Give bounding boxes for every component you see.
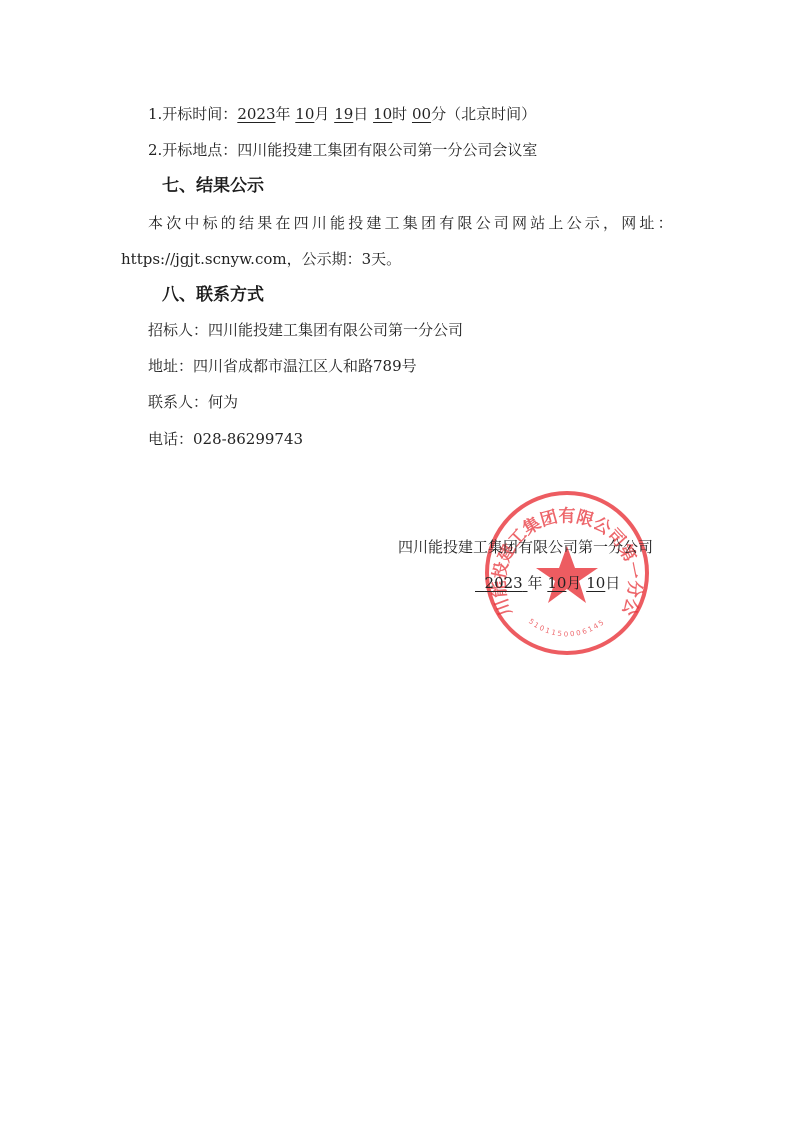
- svg-text:5101150006145: 5101150006145: [527, 617, 607, 638]
- open-month: 10: [295, 105, 314, 123]
- sign-month: 10: [547, 574, 566, 592]
- address-line: 地址：四川省成都市温江区人和路789号: [148, 356, 417, 376]
- open-day: 19: [334, 105, 353, 123]
- results-body-line2: https://jgjt.scnyw.com，公示期：3天。: [121, 249, 401, 269]
- stamp-code: 5101150006145: [527, 617, 607, 638]
- open-time-line: 1.开标时间：2023年 10月 19日 10时 00分（北京时间）: [148, 104, 536, 124]
- tenderer-line: 招标人：四川能投建工集团有限公司第一分公司: [148, 320, 463, 340]
- open-location-line: 2.开标地点：四川能投建工集团有限公司第一分公司会议室: [148, 140, 537, 160]
- timezone-note: （北京时间）: [446, 105, 536, 123]
- open-hour: 10: [373, 105, 392, 123]
- sign-year: 2023: [475, 574, 528, 592]
- results-body-line1: 本次中标的结果在四川能投建工集团有限公司网站上公示，网址：: [148, 213, 676, 233]
- year-unit: 年: [276, 105, 291, 123]
- contact-person-line: 联系人：何为: [148, 392, 238, 412]
- sign-day: 10: [586, 574, 605, 592]
- sign-year-unit: 年: [528, 574, 543, 592]
- section-heading-results: 七、结果公示: [162, 175, 264, 197]
- open-minute: 00: [412, 105, 431, 123]
- minute-unit: 分: [431, 105, 446, 123]
- day-unit: 日: [353, 105, 368, 123]
- open-time-label: 1.开标时间：: [148, 105, 237, 123]
- signature-date: 2023 年 10月 10日: [475, 573, 620, 593]
- hour-unit: 时: [392, 105, 407, 123]
- signature-company: 四川能投建工集团有限公司第一分公司: [398, 537, 653, 557]
- month-unit: 月: [314, 105, 329, 123]
- sign-day-unit: 日: [605, 574, 620, 592]
- sign-month-unit: 月: [566, 574, 581, 592]
- open-year: 2023: [237, 105, 275, 123]
- section-heading-contact: 八、联系方式: [162, 284, 264, 306]
- phone-line: 电话：028-86299743: [148, 429, 303, 449]
